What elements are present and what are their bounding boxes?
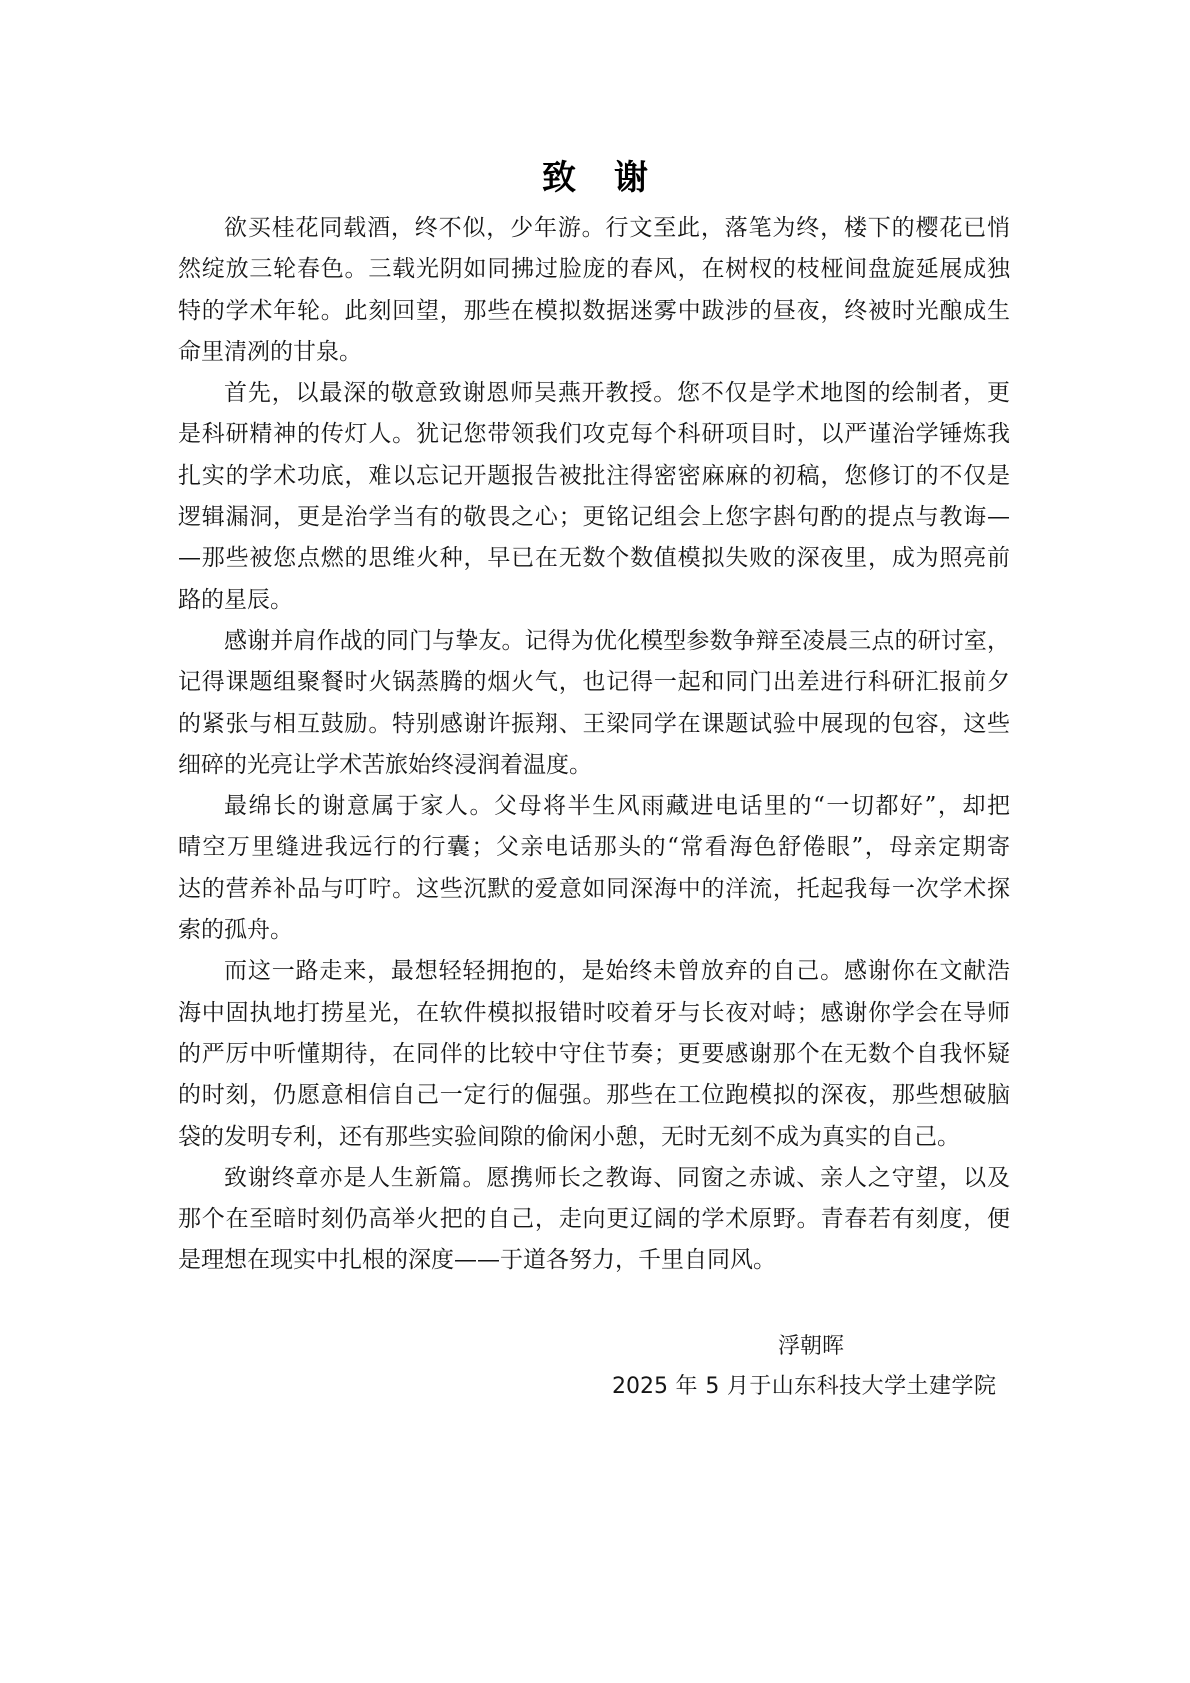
text-line: 欲买桂花同载酒，终不似，少年游。行文至此，落笔为终，楼下的樱花已悄 <box>178 208 1010 249</box>
text-line: 记得课题组聚餐时火锅蒸腾的烟火气，也记得一起和同门出差进行科研汇报前夕 <box>178 662 1010 703</box>
text-line: 的时刻，仍愿意相信自己一定行的倔强。那些在工位跑模拟的深夜，那些想破脑 <box>178 1075 1010 1116</box>
text-line: 的紧张与相互鼓励。特别感谢许振翔、王梁同学在课题试验中展现的包容，这些 <box>178 704 1010 745</box>
text-line: 是理想在现实中扎根的深度——于道各努力，千里自同风。 <box>178 1240 1010 1281</box>
text-line: 达的营养补品与叮咛。这些沉默的爱意如同深海中的洋流，托起我每一次学术探 <box>178 869 1010 910</box>
text-line: 而这一路走来，最想轻轻拥抱的，是始终未曾放弃的自己。感谢你在文献浩 <box>178 951 1010 992</box>
date-year: 2025 <box>612 1374 668 1399</box>
page-title: 致谢 <box>0 152 1190 204</box>
text-line: 的严厉中听懂期待，在同伴的比较中守住节奏；更要感谢那个在无数个自我怀疑 <box>178 1034 1010 1075</box>
title-char-2: 谢 <box>614 158 648 198</box>
acknowledgement-page: 致谢 欲买桂花同载酒，终不似，少年游。行文至此，落笔为终，楼下的樱花已悄 然绽放… <box>0 0 1190 1683</box>
text-line: 袋的发明专利，还有那些实验间隙的偷闲小憩，无时无刻不成为真实的自己。 <box>178 1117 1010 1158</box>
text-line: 感谢并肩作战的同门与挚友。记得为优化模型参数争辩至凌晨三点的研讨室， <box>178 621 1010 662</box>
text-line: 海中固执地打捞星光，在软件模拟报错时咬着牙与长夜对峙；感谢你学会在导师 <box>178 993 1010 1034</box>
acknowledgement-body: 欲买桂花同载酒，终不似，少年游。行文至此，落笔为终，楼下的樱花已悄 然绽放三轮春… <box>178 208 1010 1282</box>
paragraph-advisor: 首先，以最深的敬意致谢恩师吴燕开教授。您不仅是学术地图的绘制者，更 是科研精神的… <box>178 373 1010 621</box>
text-line: 路的星辰。 <box>178 580 1010 621</box>
text-line: 扎实的学术功底，难以忘记开题报告被批注得密密麻麻的初稿，您修订的不仅是 <box>178 456 1010 497</box>
text-line: 特的学术年轮。此刻回望，那些在模拟数据迷雾中跋涉的昼夜，终被时光酿成生 <box>178 291 1010 332</box>
paragraph-family: 最绵长的谢意属于家人。父母将半生风雨藏进电话里的“一切都好”，却把 晴空万里缝进… <box>178 786 1010 951</box>
date-and-institution: 2025 年 5 月于山东科技大学土建学院 <box>612 1370 996 1404</box>
text-line: —那些被您点燃的思维火种，早已在无数个数值模拟失败的深夜里，成为照亮前 <box>178 538 1010 579</box>
paragraph-opening: 欲买桂花同载酒，终不似，少年游。行文至此，落笔为终，楼下的樱花已悄 然绽放三轮春… <box>178 208 1010 373</box>
text-line: 致谢终章亦是人生新篇。愿携师长之教诲、同窗之赤诚、亲人之守望，以及 <box>178 1158 1010 1199</box>
date-month: 5 <box>705 1374 719 1399</box>
text-line: 最绵长的谢意属于家人。父母将半生风雨藏进电话里的“一切都好”，却把 <box>178 786 1010 827</box>
date-year-suffix: 年 <box>675 1374 697 1399</box>
text-line: 那个在至暗时刻仍高举火把的自己，走向更辽阔的学术原野。青春若有刻度，便 <box>178 1199 1010 1240</box>
paragraph-self: 而这一路走来，最想轻轻拥抱的，是始终未曾放弃的自己。感谢你在文献浩 海中固执地打… <box>178 951 1010 1157</box>
title-char-1: 致 <box>542 158 576 198</box>
text-line: 索的孤舟。 <box>178 910 1010 951</box>
author-signature: 浮朝晖 <box>778 1330 844 1364</box>
text-line: 命里清冽的甘泉。 <box>178 332 1010 373</box>
date-institution: 月于山东科技大学土建学院 <box>727 1374 996 1399</box>
text-line: 逻辑漏洞，更是治学当有的敬畏之心；更铭记组会上您字斟句酌的提点与教诲— <box>178 497 1010 538</box>
text-line: 晴空万里缝进我远行的行囊；父亲电话那头的“常看海色舒倦眼”，母亲定期寄 <box>178 827 1010 868</box>
paragraph-closing: 致谢终章亦是人生新篇。愿携师长之教诲、同窗之赤诚、亲人之守望，以及 那个在至暗时… <box>178 1158 1010 1282</box>
paragraph-classmates: 感谢并肩作战的同门与挚友。记得为优化模型参数争辩至凌晨三点的研讨室， 记得课题组… <box>178 621 1010 786</box>
text-line: 是科研精神的传灯人。犹记您带领我们攻克每个科研项目时，以严谨治学锤炼我 <box>178 414 1010 455</box>
text-line: 首先，以最深的敬意致谢恩师吴燕开教授。您不仅是学术地图的绘制者，更 <box>178 373 1010 414</box>
text-line: 然绽放三轮春色。三载光阴如同拂过脸庞的春风，在树杈的枝桠间盘旋延展成独 <box>178 249 1010 290</box>
text-line: 细碎的光亮让学术苦旅始终浸润着温度。 <box>178 745 1010 786</box>
